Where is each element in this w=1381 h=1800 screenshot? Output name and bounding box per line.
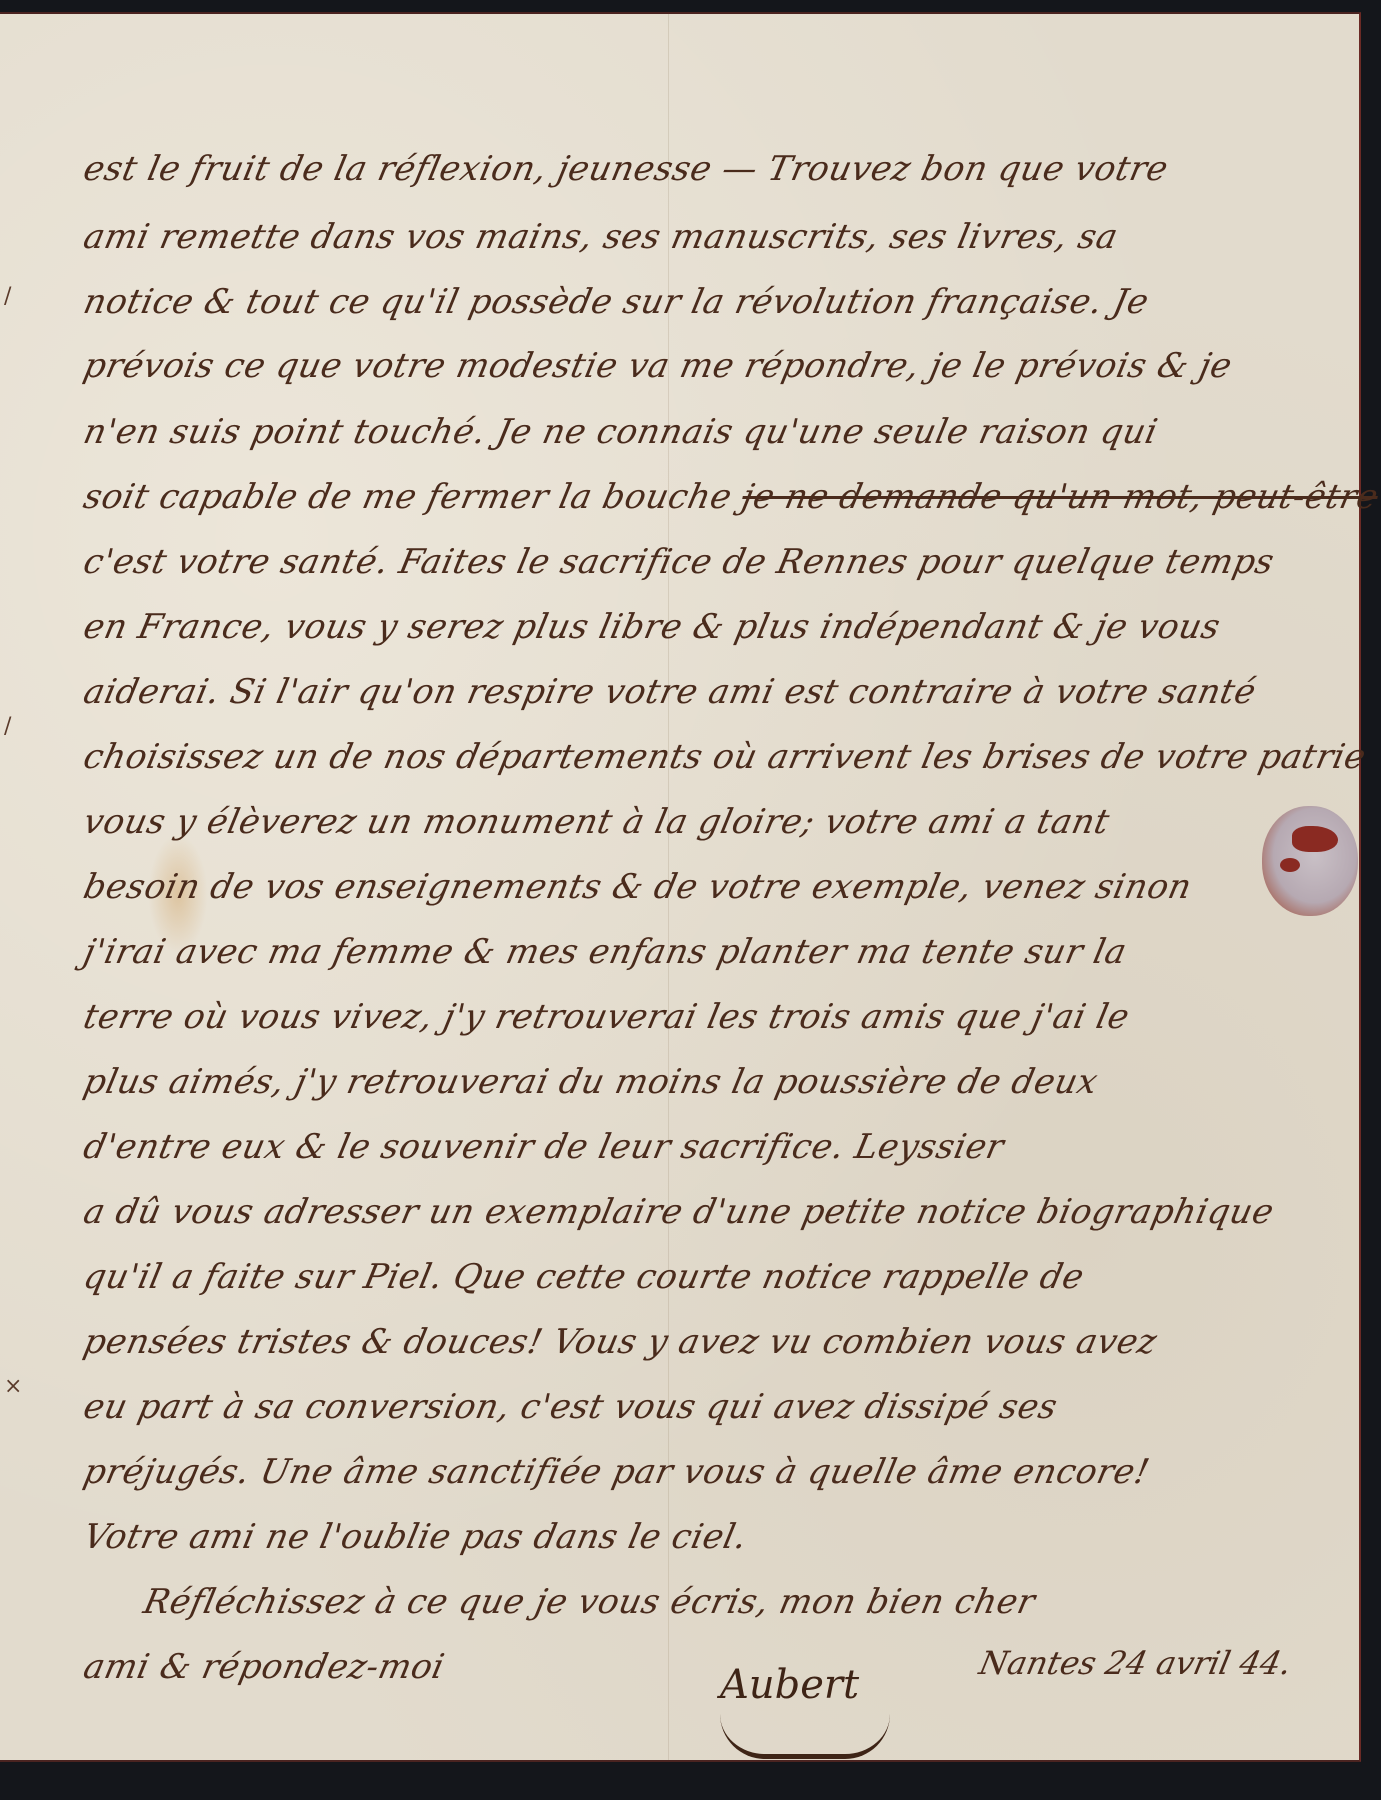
letter-line-6-text: soit capable de me fermer la bouche	[80, 477, 736, 517]
letter-line-2: ami remette dans vos mains, ses manuscri…	[80, 217, 1122, 257]
letter-line-20: eu part à sa conversion, c'est vous qui …	[80, 1387, 1061, 1427]
margin-mark: ×	[4, 1374, 22, 1399]
letter-line-16: d'entre eux & le souvenir de leur sacrif…	[80, 1127, 1008, 1167]
letter-line-9: aiderai. Si l'air qu'on respire votre am…	[80, 672, 1260, 712]
struck-text: je ne demande qu'un mot, peut-être	[738, 477, 1381, 517]
letter-line-5: n'en suis point touché. Je ne connais qu…	[80, 412, 1161, 452]
letter-line-15: plus aimés, j'y retrouverai du moins la …	[80, 1062, 1101, 1102]
letter-line-7: c'est votre santé. Faites le sacrifice d…	[80, 542, 1278, 582]
margin-mark: /	[4, 284, 11, 309]
letter-line-1: est le fruit de la réflexion, jeunesse —…	[80, 149, 1172, 189]
place-and-date: Nantes 24 avril 44.	[976, 1644, 1295, 1682]
letter-line-24: ami & répondez-moi	[80, 1647, 448, 1687]
letter-line-10: choisissez un de nos départements où arr…	[80, 737, 1370, 777]
letter-line-14: terre où vous vivez, j'y retrouverai les…	[80, 997, 1133, 1037]
letter-line-8: en France, vous y serez plus libre & plu…	[80, 607, 1224, 647]
letter-line-12: besoin de vos enseignements & de votre e…	[80, 867, 1195, 907]
letter-line-6: soit capable de me fermer la bouche je n…	[80, 477, 1381, 517]
margin-mark: /	[4, 714, 11, 739]
letter-line-21: préjugés. Une âme sanctifiée par vous à …	[80, 1452, 1153, 1492]
letter-line-19: pensées tristes & douces! Vous y avez vu…	[80, 1322, 1161, 1362]
letter-line-11: vous y élèverez un monument à la gloire;…	[80, 802, 1113, 842]
signature-flourish	[720, 1714, 890, 1759]
signature: Aubert	[720, 1662, 859, 1708]
letter-line-18: qu'il a faite sur Piel. Que cette courte…	[80, 1257, 1088, 1297]
letter-line-23: Réfléchissez à ce que je vous écris, mon…	[140, 1582, 1039, 1622]
letter-page: est le fruit de la réflexion, jeunesse —…	[0, 12, 1361, 1762]
letter-line-13: j'irai avec ma femme & mes enfans plante…	[80, 932, 1130, 972]
letter-line-17: a dû vous adresser un exemplaire d'une p…	[80, 1192, 1278, 1232]
letter-line-4: prévois ce que votre modestie va me répo…	[80, 346, 1236, 386]
letter-line-22: Votre ami ne l'oublie pas dans le ciel.	[80, 1517, 751, 1557]
letter-line-3: notice & tout ce qu'il possède sur la ré…	[80, 282, 1152, 322]
wax-seal-remnant	[1262, 806, 1358, 916]
